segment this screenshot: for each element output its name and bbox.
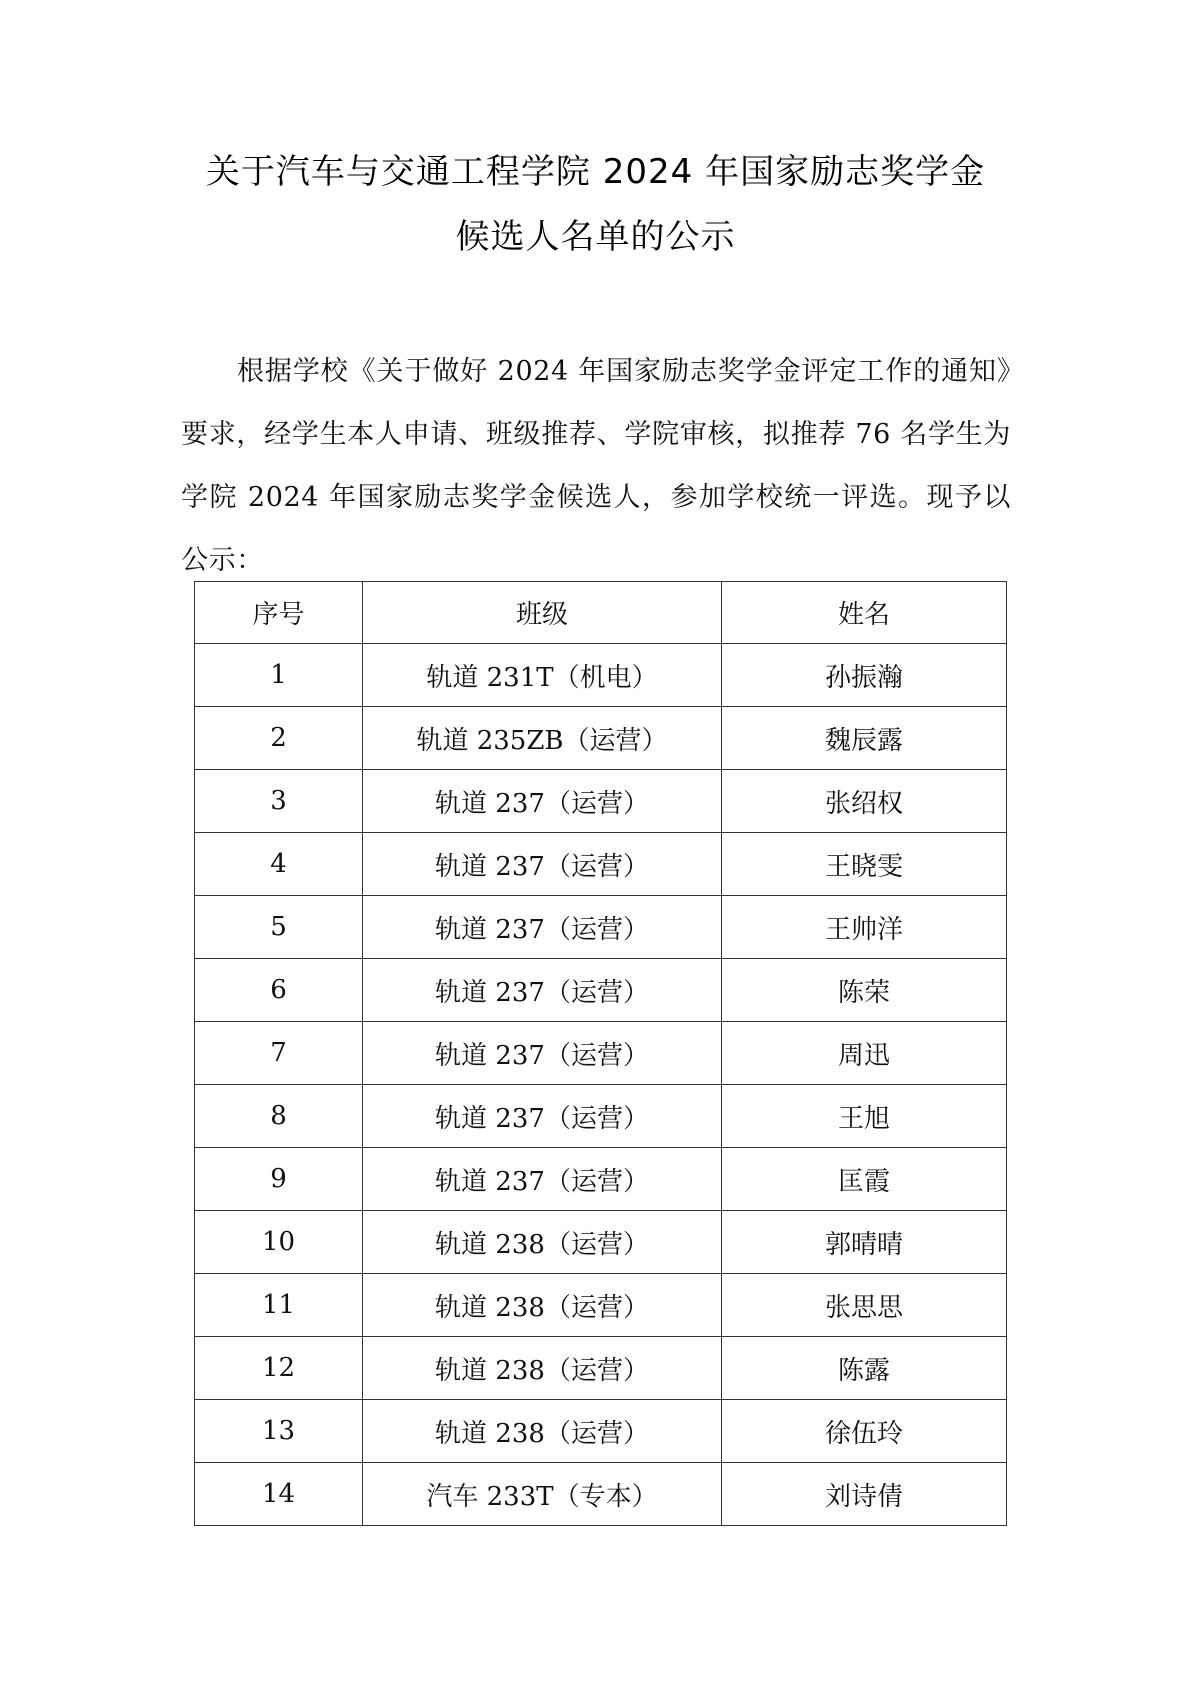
cell-serial-number: 5 (195, 896, 363, 959)
document-page: 关于汽车与交通工程学院 2024 年国家励志奖学金 候选人名单的公示 根据学校《… (0, 0, 1191, 1684)
table-row: 4 轨道 237（运营） 王晓雯 (195, 833, 1007, 896)
cell-name: 王旭 (722, 1085, 1007, 1148)
cell-serial-number: 12 (195, 1337, 363, 1400)
cell-name: 陈荣 (722, 959, 1007, 1022)
cell-serial-number: 10 (195, 1211, 363, 1274)
table-header-row: 序号 班级 姓名 (195, 582, 1007, 644)
document-title-line-2: 候选人名单的公示 (0, 217, 1191, 257)
cell-name: 孙振瀚 (722, 644, 1007, 707)
cell-name: 郭晴晴 (722, 1211, 1007, 1274)
cell-class: 轨道 237（运营） (363, 959, 722, 1022)
cell-name: 魏辰露 (722, 707, 1007, 770)
table-row: 13 轨道 238（运营） 徐伍玲 (195, 1400, 1007, 1463)
cell-name: 张思思 (722, 1274, 1007, 1337)
cell-name: 陈露 (722, 1337, 1007, 1400)
cell-name: 匡霞 (722, 1148, 1007, 1211)
cell-serial-number: 13 (195, 1400, 363, 1463)
header-name: 姓名 (722, 582, 1007, 644)
cell-class: 轨道 238（运营） (363, 1274, 722, 1337)
cell-serial-number: 1 (195, 644, 363, 707)
table-row: 5 轨道 237（运营） 王帅洋 (195, 896, 1007, 959)
table-row: 14 汽车 233T（专本） 刘诗倩 (195, 1463, 1007, 1526)
cell-serial-number: 11 (195, 1274, 363, 1337)
table-row: 1 轨道 231T（机电） 孙振瀚 (195, 644, 1007, 707)
table-row: 11 轨道 238（运营） 张思思 (195, 1274, 1007, 1337)
announcement-paragraph: 根据学校《关于做好 2024 年国家励志奖学金评定工作的通知》要求，经学生本人申… (181, 340, 1011, 592)
table-row: 9 轨道 237（运营） 匡霞 (195, 1148, 1007, 1211)
cell-class: 轨道 238（运营） (363, 1211, 722, 1274)
cell-class: 轨道 231T（机电） (363, 644, 722, 707)
cell-serial-number: 6 (195, 959, 363, 1022)
cell-name: 张绍权 (722, 770, 1007, 833)
table-row: 8 轨道 237（运营） 王旭 (195, 1085, 1007, 1148)
table-row: 3 轨道 237（运营） 张绍权 (195, 770, 1007, 833)
cell-class: 轨道 237（运营） (363, 770, 722, 833)
cell-class: 轨道 238（运营） (363, 1337, 722, 1400)
cell-class: 轨道 237（运营） (363, 1022, 722, 1085)
table-row: 2 轨道 235ZB（运营） 魏辰露 (195, 707, 1007, 770)
cell-name: 徐伍玲 (722, 1400, 1007, 1463)
cell-name: 周迅 (722, 1022, 1007, 1085)
cell-class: 汽车 233T（专本） (363, 1463, 722, 1526)
table-row: 12 轨道 238（运营） 陈露 (195, 1337, 1007, 1400)
cell-class: 轨道 237（运营） (363, 896, 722, 959)
cell-class: 轨道 238（运营） (363, 1400, 722, 1463)
cell-serial-number: 7 (195, 1022, 363, 1085)
candidate-table: 序号 班级 姓名 1 轨道 231T（机电） 孙振瀚 2 轨道 235ZB（运营… (194, 581, 1007, 1526)
cell-name: 王晓雯 (722, 833, 1007, 896)
cell-class: 轨道 235ZB（运营） (363, 707, 722, 770)
cell-name: 王帅洋 (722, 896, 1007, 959)
table-row: 10 轨道 238（运营） 郭晴晴 (195, 1211, 1007, 1274)
cell-class: 轨道 237（运营） (363, 1148, 722, 1211)
table-row: 7 轨道 237（运营） 周迅 (195, 1022, 1007, 1085)
cell-serial-number: 4 (195, 833, 363, 896)
cell-serial-number: 2 (195, 707, 363, 770)
table-row: 6 轨道 237（运营） 陈荣 (195, 959, 1007, 1022)
cell-serial-number: 9 (195, 1148, 363, 1211)
cell-serial-number: 3 (195, 770, 363, 833)
cell-serial-number: 14 (195, 1463, 363, 1526)
header-class: 班级 (363, 582, 722, 644)
cell-name: 刘诗倩 (722, 1463, 1007, 1526)
document-title-line-1: 关于汽车与交通工程学院 2024 年国家励志奖学金 (0, 152, 1191, 192)
cell-serial-number: 8 (195, 1085, 363, 1148)
cell-class: 轨道 237（运营） (363, 1085, 722, 1148)
cell-class: 轨道 237（运营） (363, 833, 722, 896)
header-serial-number: 序号 (195, 582, 363, 644)
